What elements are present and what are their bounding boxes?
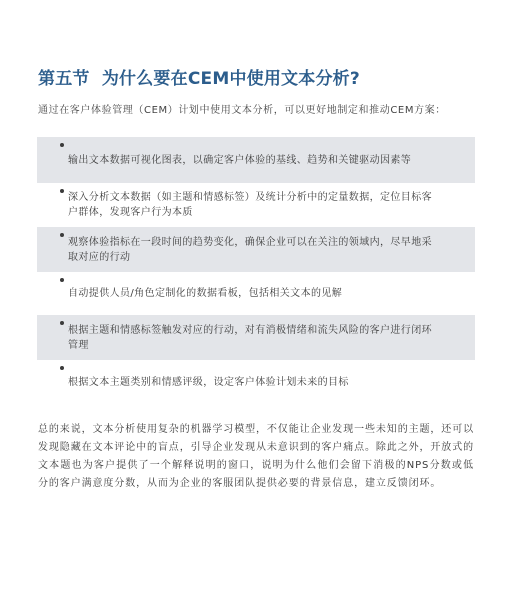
- benefits-list: 输出文本数据可视化图表，以确定客户体验的基线、趋势和关键驱动因素等 深入分析文本…: [37, 137, 475, 405]
- list-item: 输出文本数据可视化图表，以确定客户体验的基线、趋势和关键驱动因素等: [37, 137, 475, 183]
- bullet-icon: [60, 189, 64, 193]
- bullet-icon: [60, 278, 64, 282]
- list-item-text: 深入分析文本数据（如主题和情感标签）及统计分析中的定量数据，定位目标客户群体，发…: [68, 190, 435, 220]
- bullet-icon: [60, 321, 64, 325]
- list-item: 根据主题和情感标签触发对应的行动，对有消极情绪和流失风险的客户进行闭环管理: [37, 315, 475, 360]
- list-item: 根据文本主题类别和情感评级，设定客户体验计划未来的目标: [37, 360, 475, 405]
- document-page: 第五节 为什么要在CEM中使用文本分析? 通过在客户体验管理（CEM）计划中使用…: [0, 0, 524, 605]
- list-item: 观察体验指标在一段时间的趋势变化，确保企业可以在关注的领域内，尽早地采取对应的行…: [37, 227, 475, 272]
- list-item-text: 根据主题和情感标签触发对应的行动，对有消极情绪和流失风险的客户进行闭环管理: [68, 323, 435, 353]
- summary-paragraph: 总的来说，文本分析使用复杂的机器学习模型，不仅能让企业发现一些未知的主题，还可以…: [38, 421, 474, 493]
- list-item-text: 自动提供人员/角色定制化的数据看板，包括相关文本的见解: [68, 286, 435, 301]
- section-title: 第五节 为什么要在CEM中使用文本分析?: [38, 64, 360, 89]
- bullet-icon: [60, 366, 64, 370]
- bullet-icon: [60, 143, 64, 147]
- list-item: 深入分析文本数据（如主题和情感标签）及统计分析中的定量数据，定位目标客户群体，发…: [37, 183, 475, 227]
- list-item-text: 输出文本数据可视化图表，以确定客户体验的基线、趋势和关键驱动因素等: [68, 153, 435, 168]
- list-item: 自动提供人员/角色定制化的数据看板，包括相关文本的见解: [37, 272, 475, 315]
- list-item-text: 观察体验指标在一段时间的趋势变化，确保企业可以在关注的领域内，尽早地采取对应的行…: [68, 235, 435, 265]
- intro-paragraph: 通过在客户体验管理（CEM）计划中使用文本分析，可以更好地制定和推动CEM方案：: [38, 101, 446, 116]
- bullet-icon: [60, 233, 64, 237]
- list-item-text: 根据文本主题类别和情感评级，设定客户体验计划未来的目标: [68, 375, 435, 390]
